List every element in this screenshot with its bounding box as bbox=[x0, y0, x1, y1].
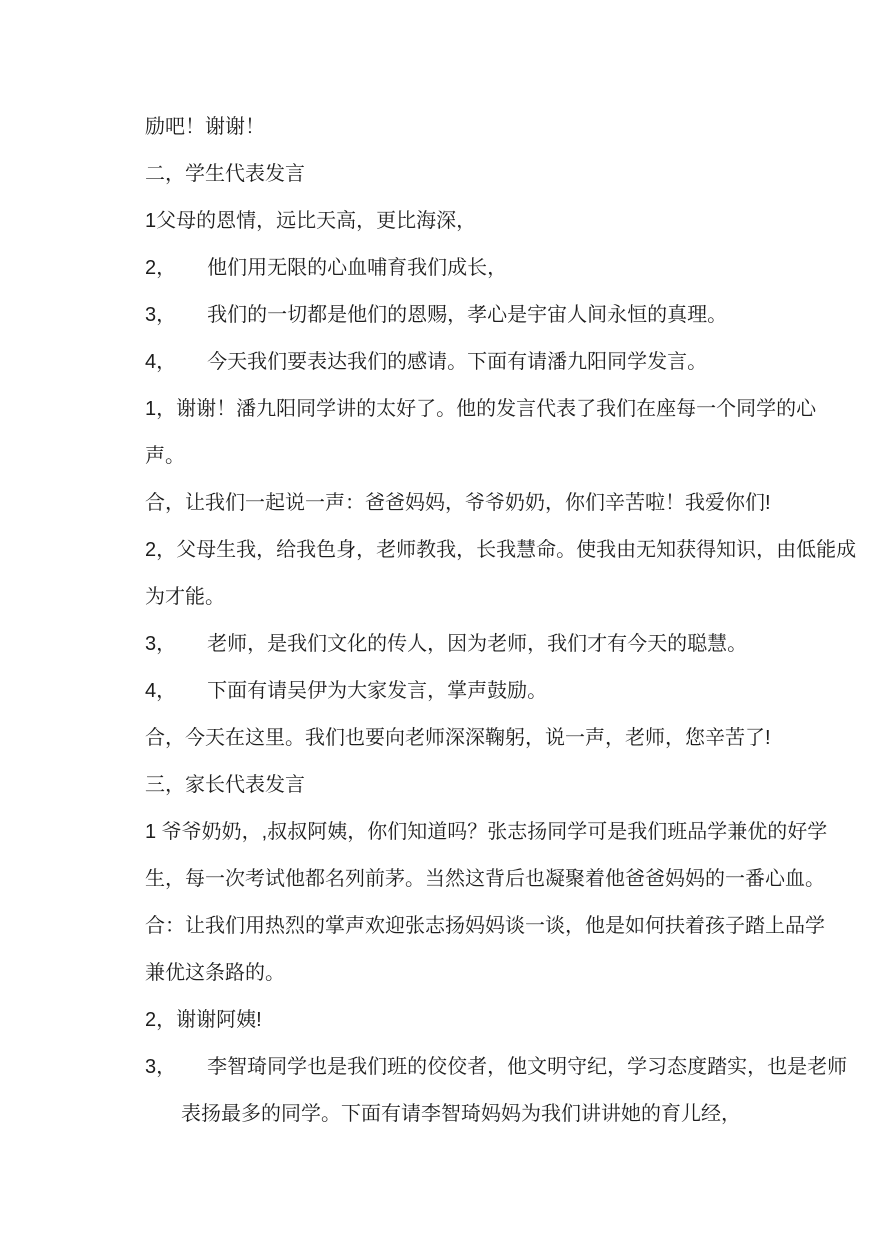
text-line: 4，下面有请吴伊为大家发言，掌声鼓励。 bbox=[145, 668, 804, 715]
text-line: 1，谢谢！潘九阳同学讲的太好了。他的发言代表了我们在座每一个同学的心 bbox=[145, 386, 804, 433]
line-text: 合：让我们用热烈的掌声欢迎张志扬妈妈谈一谈，他是如何扶着孩子踏上品学 bbox=[145, 915, 825, 937]
tab-space bbox=[176, 696, 207, 697]
line-text: 三，家长代表发言 bbox=[145, 774, 305, 796]
text-line: 生，每一次考试他都名列前茅。当然这背后也凝聚着他爸爸妈妈的一番心血。 bbox=[145, 856, 804, 903]
line-text: 2，谢谢阿姨! bbox=[145, 1009, 262, 1031]
line-text: 今天我们要表达我们的感请。下面有请潘九阳同学发言。 bbox=[207, 351, 707, 373]
text-line: 三，家长代表发言 bbox=[145, 762, 804, 809]
line-text: 我们的一切都是他们的恩赐，孝心是宇宙人间永恒的真理。 bbox=[207, 304, 727, 326]
line-text: 下面有请吴伊为大家发言，掌声鼓励。 bbox=[207, 680, 547, 702]
tab-space bbox=[176, 273, 207, 274]
line-number-prefix: 2， bbox=[145, 257, 176, 279]
text-line: 声。 bbox=[145, 433, 804, 480]
line-text: 表扬最多的同学。下面有请李智琦妈妈为我们讲讲她的育儿经， bbox=[181, 1103, 741, 1125]
text-line: 合：让我们用热烈的掌声欢迎张志扬妈妈谈一谈，他是如何扶着孩子踏上品学 bbox=[145, 903, 804, 950]
text-line: 1 爷爷奶奶，,叔叔阿姨，你们知道吗？张志扬同学可是我们班品学兼优的好学 bbox=[145, 809, 804, 856]
text-line: 二，学生代表发言 bbox=[145, 151, 804, 198]
line-number-prefix: 3， bbox=[145, 633, 176, 655]
text-line: 2，他们用无限的心血哺育我们成长， bbox=[145, 245, 804, 292]
text-line: 1父母的恩情，远比天高，更比海深， bbox=[145, 198, 804, 245]
line-text: 1 爷爷奶奶，,叔叔阿姨，你们知道吗？张志扬同学可是我们班品学兼优的好学 bbox=[145, 821, 827, 843]
line-text: 他们用无限的心血哺育我们成长， bbox=[207, 257, 507, 279]
tab-space bbox=[176, 367, 207, 368]
line-text: 2，父母生我，给我色身，老师教我，长我慧命。使我由无知获得知识，由低能成 bbox=[145, 539, 856, 561]
tab-space bbox=[176, 1072, 207, 1073]
document-page: 励吧！谢谢！二，学生代表发言1父母的恩情，远比天高，更比海深，2，他们用无限的心… bbox=[0, 0, 884, 1250]
text-line: 为才能。 bbox=[145, 574, 804, 621]
line-text: 生，每一次考试他都名列前茅。当然这背后也凝聚着他爸爸妈妈的一番心血。 bbox=[145, 868, 825, 890]
line-text: 合，今天在这里。我们也要向老师深深鞠躬，说一声，老师，您辛苦了! bbox=[145, 727, 771, 749]
line-text: 二，学生代表发言 bbox=[145, 163, 305, 185]
line-number-prefix: 3， bbox=[145, 1056, 176, 1078]
text-line: 励吧！谢谢！ bbox=[145, 104, 804, 151]
line-text: 合，让我们一起说一声：爸爸妈妈，爷爷奶奶，你们辛苦啦！我爱你们! bbox=[145, 492, 771, 514]
line-number-prefix: 4， bbox=[145, 351, 176, 373]
line-number-prefix: 4， bbox=[145, 680, 176, 702]
text-line: 合，今天在这里。我们也要向老师深深鞠躬，说一声，老师，您辛苦了! bbox=[145, 715, 804, 762]
line-number-prefix: 3， bbox=[145, 304, 176, 326]
line-text: 1父母的恩情，远比天高，更比海深， bbox=[145, 210, 476, 232]
text-line: 合，让我们一起说一声：爸爸妈妈，爷爷奶奶，你们辛苦啦！我爱你们! bbox=[145, 480, 804, 527]
line-text: 声。 bbox=[145, 445, 185, 467]
text-line: 兼优这条路的。 bbox=[145, 950, 804, 997]
text-line: 4，今天我们要表达我们的感请。下面有请潘九阳同学发言。 bbox=[145, 339, 804, 386]
line-text: 李智琦同学也是我们班的佼佼者，他文明守纪，学习态度踏实，也是老师 bbox=[207, 1056, 847, 1078]
text-line: 3，李智琦同学也是我们班的佼佼者，他文明守纪，学习态度踏实，也是老师 bbox=[145, 1044, 804, 1091]
text-line: 表扬最多的同学。下面有请李智琦妈妈为我们讲讲她的育儿经， bbox=[145, 1091, 804, 1138]
tab-space bbox=[176, 649, 207, 650]
line-text: 兼优这条路的。 bbox=[145, 962, 285, 984]
document-body: 励吧！谢谢！二，学生代表发言1父母的恩情，远比天高，更比海深，2，他们用无限的心… bbox=[0, 0, 884, 1138]
text-line: 2，谢谢阿姨! bbox=[145, 997, 804, 1044]
tab-space bbox=[176, 320, 207, 321]
line-text: 1，谢谢！潘九阳同学讲的太好了。他的发言代表了我们在座每一个同学的心 bbox=[145, 398, 816, 420]
text-line: 2，父母生我，给我色身，老师教我，长我慧命。使我由无知获得知识，由低能成 bbox=[145, 527, 804, 574]
text-line: 3，老师，是我们文化的传人，因为老师，我们才有今天的聪慧。 bbox=[145, 621, 804, 668]
line-text: 为才能。 bbox=[145, 586, 225, 608]
text-line: 3，我们的一切都是他们的恩赐，孝心是宇宙人间永恒的真理。 bbox=[145, 292, 804, 339]
line-text: 励吧！谢谢！ bbox=[145, 116, 265, 138]
line-text: 老师，是我们文化的传人，因为老师，我们才有今天的聪慧。 bbox=[207, 633, 747, 655]
